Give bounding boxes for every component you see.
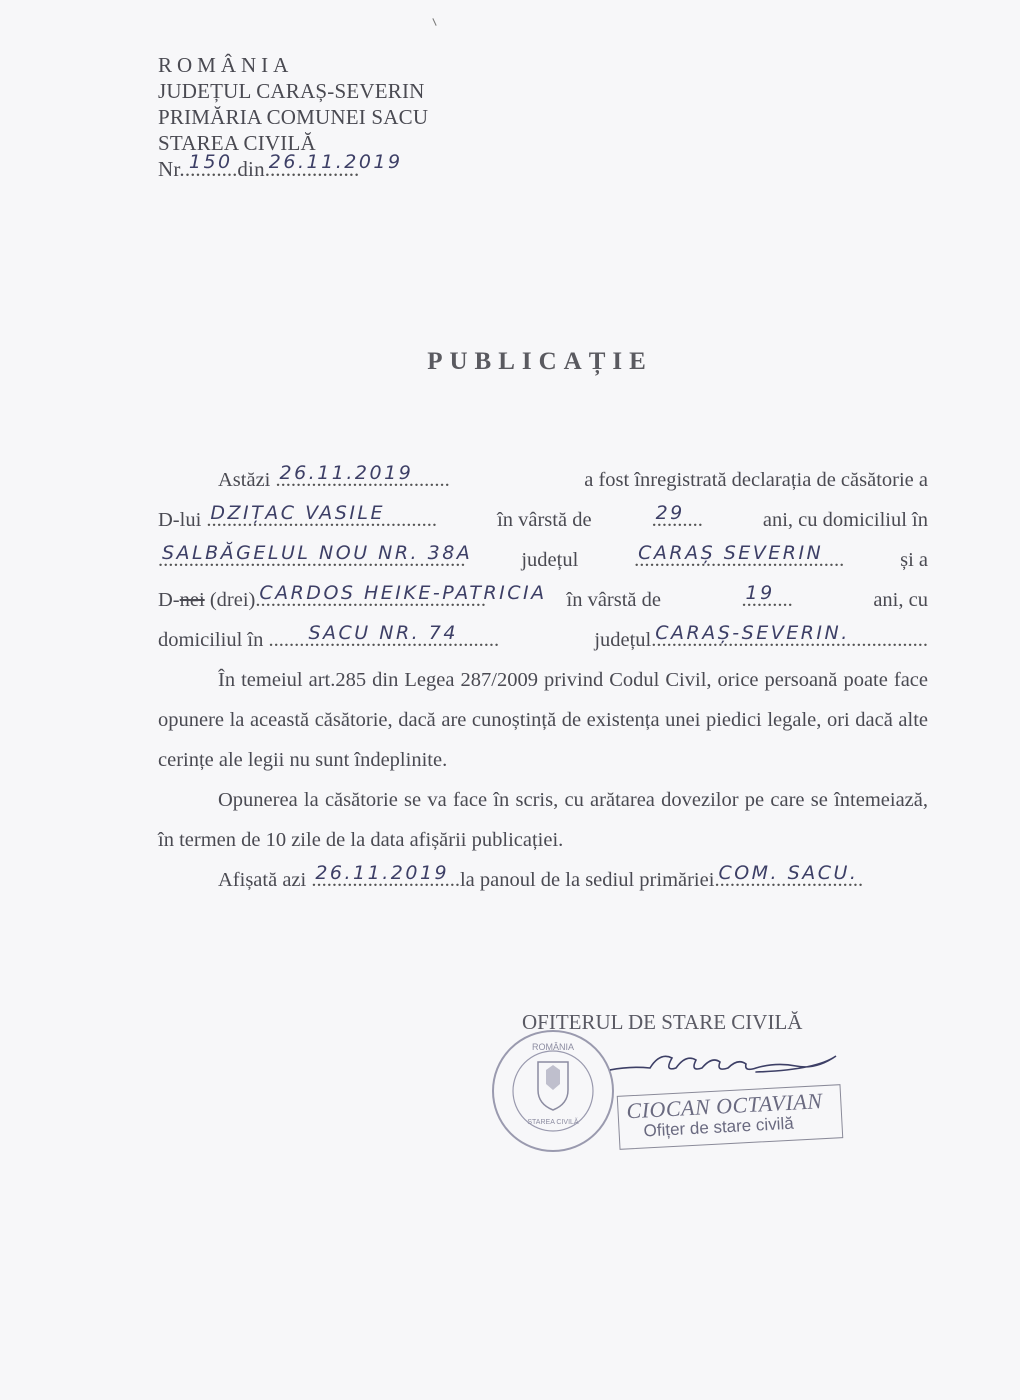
handwritten-signature <box>610 1040 850 1090</box>
name-stamp: CIOCAN OCTAVIAN Ofițer de stare civilă <box>617 1084 844 1150</box>
bride-county-field: ........................................… <box>651 620 928 660</box>
groom-county: CARAȘ SEVERIN <box>638 533 823 573</box>
bride-address: SACU NR. 74 <box>308 613 457 653</box>
nr-field: ..........150 <box>185 156 238 182</box>
today-value: 26.11.2019 <box>280 453 414 493</box>
domicile-label: domiciliul în <box>158 629 263 651</box>
groom-prefix: D-lui <box>158 509 201 531</box>
header-county: JUDEȚUL CARAȘ-SEVERIN <box>158 78 428 104</box>
header-town-hall: PRIMĂRIA COMUNEI SACU <box>158 104 428 130</box>
bride-prefix-alt: (drei) <box>210 589 256 611</box>
posted-date-field: .............................26.11.2019 <box>311 860 460 900</box>
registered-text: a fost înregistrată declarația de căsăto… <box>584 460 928 500</box>
legal-basis-paragraph: În temeiul art.285 din Legea 287/2009 pr… <box>158 660 928 780</box>
officer-title: OFITERUL DE STARE CIVILĂ <box>522 1010 802 1035</box>
declaration-line-5: domiciliul în ..........................… <box>158 620 928 660</box>
bride-prefix-struck: nei <box>180 589 205 611</box>
header-country: ROMÂNIA <box>158 52 428 78</box>
posted-location-field: .............................COM. SACU. <box>714 860 863 900</box>
bride-county: CARAȘ-SEVERIN. <box>655 613 850 653</box>
today-label: Astăzi <box>218 469 270 491</box>
posted-date: 26.11.2019 <box>315 853 449 893</box>
scan-mark <box>432 18 436 26</box>
bride-county-label: județul <box>594 629 651 651</box>
header-registration: Nr...........150din..................26.… <box>158 156 428 182</box>
bride-age-label: în vârstă de <box>567 580 662 620</box>
din-value: 26.11.2019 <box>269 149 403 175</box>
document-body: Astăzi .................................… <box>158 460 928 900</box>
posted-location: COM. SACU. <box>718 853 858 893</box>
bride-age-suffix: ani, cu <box>873 580 928 620</box>
svg-text:STAREA CIVILĂ: STAREA CIVILĂ <box>527 1117 579 1126</box>
bride-age: 19 <box>746 573 775 613</box>
posted-location-text: la panoul de la sediul primăriei <box>460 860 714 900</box>
posted-label: Afișată azi <box>218 860 306 900</box>
posted-line: Afișată azi ............................… <box>158 860 928 900</box>
groom-county-field: ........................................… <box>634 540 844 580</box>
bride-prefix: D- <box>158 589 180 611</box>
official-seal: ROMÂNIA STAREA CIVILĂ <box>492 1030 614 1152</box>
nr-label: Nr. <box>158 157 185 181</box>
din-field: ..................26.11.2019 <box>265 156 360 182</box>
svg-text:ROMÂNIA: ROMÂNIA <box>532 1042 574 1052</box>
groom-age: 29 <box>656 493 685 533</box>
groom-address: SALBĂGELUL NOU NR. 38A <box>162 533 472 573</box>
document-page: ROMÂNIA JUDEȚUL CARAȘ-SEVERIN PRIMĂRIA C… <box>0 0 1020 1400</box>
document-title: PUBLICAȚIE <box>0 348 1020 376</box>
issuer-header: ROMÂNIA JUDEȚUL CARAȘ-SEVERIN PRIMĂRIA C… <box>158 52 428 182</box>
and-text: și a <box>900 540 928 580</box>
nr-value: 150 <box>189 149 233 175</box>
signature-block: ROMÂNIA STAREA CIVILĂ OFITERUL DE STARE … <box>490 1010 870 1160</box>
groom-name: DZIȚAC VASILE <box>210 493 385 533</box>
bride-address-field: ........................................… <box>268 620 499 660</box>
opposition-paragraph: Opunerea la căsătorie se va face în scri… <box>158 780 928 860</box>
din-label: din <box>237 157 264 181</box>
coat-of-arms-icon: ROMÂNIA STAREA CIVILĂ <box>494 1032 612 1150</box>
bride-name: CARDOS HEIKE-PATRICIA <box>259 573 546 613</box>
age-label: în vârstă de <box>497 500 592 540</box>
